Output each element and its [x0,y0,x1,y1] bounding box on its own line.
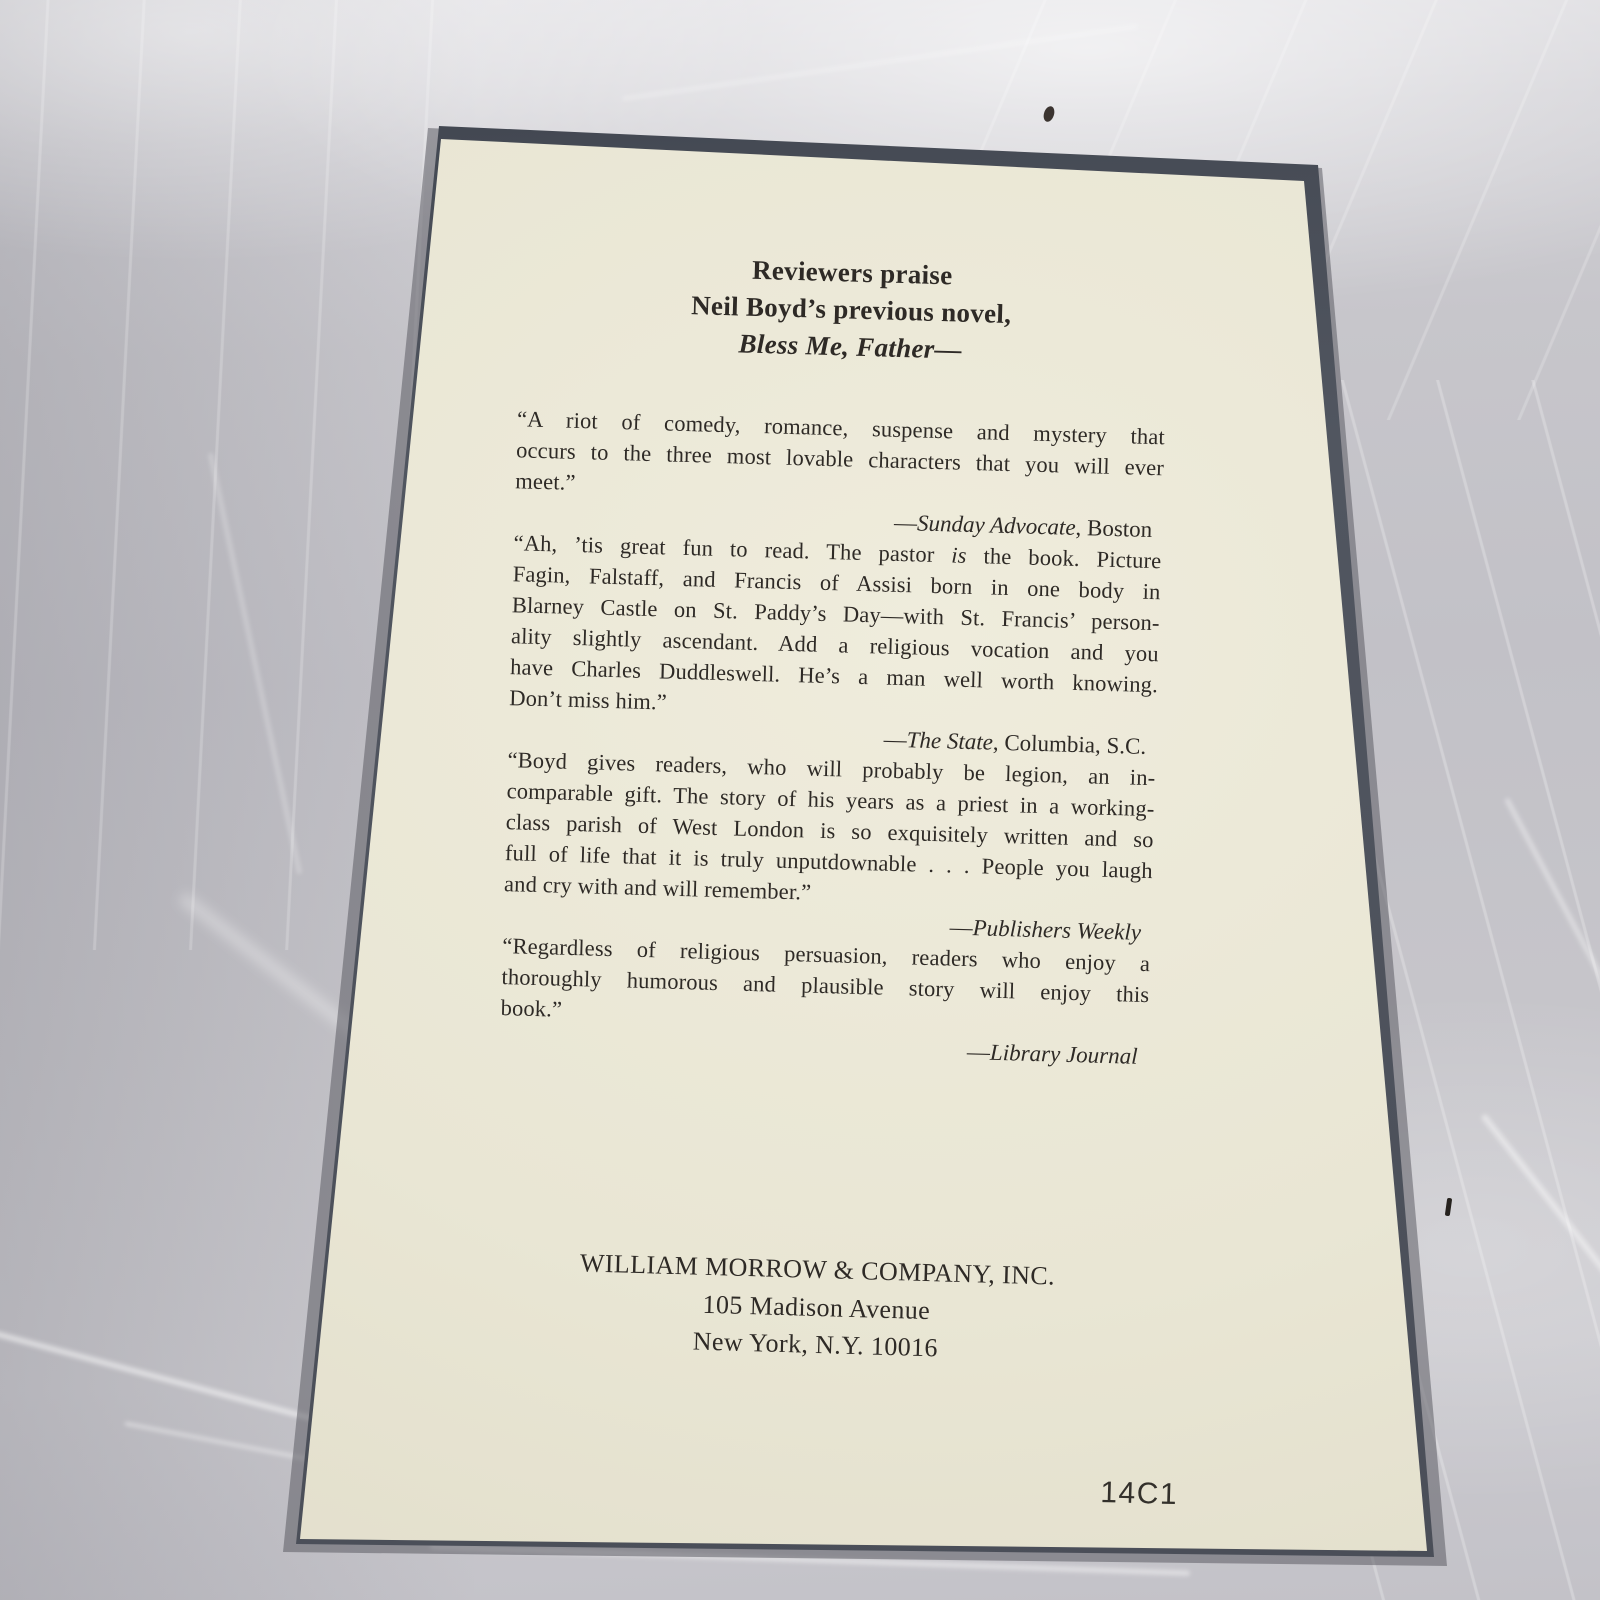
review-quote-publishers-weekly: “Boyd gives readers, who will probably b… [504,744,1156,917]
jacket-text: Reviewers praiseNeil Boyd’s previous nov… [406,135,1340,1377]
review-quote-library-journal: “Regardless of religious persuasion, rea… [500,930,1150,1041]
review-quote-sunday-advocate: “A riot of comedy, romance, suspense and… [515,403,1165,514]
print-code: 14C1 [1100,1476,1179,1512]
review-quote-the-state: “Ah, ’tis great fun to read. The pastor … [509,527,1162,731]
photo-scene: Reviewers praiseNeil Boyd’s previous nov… [0,0,1600,1600]
publisher-block: WILLIAM MORROW & COMPANY, INC. 105 Madis… [491,1242,1142,1372]
praise-header: Reviewers praiseNeil Boyd’s previous nov… [519,245,1170,374]
